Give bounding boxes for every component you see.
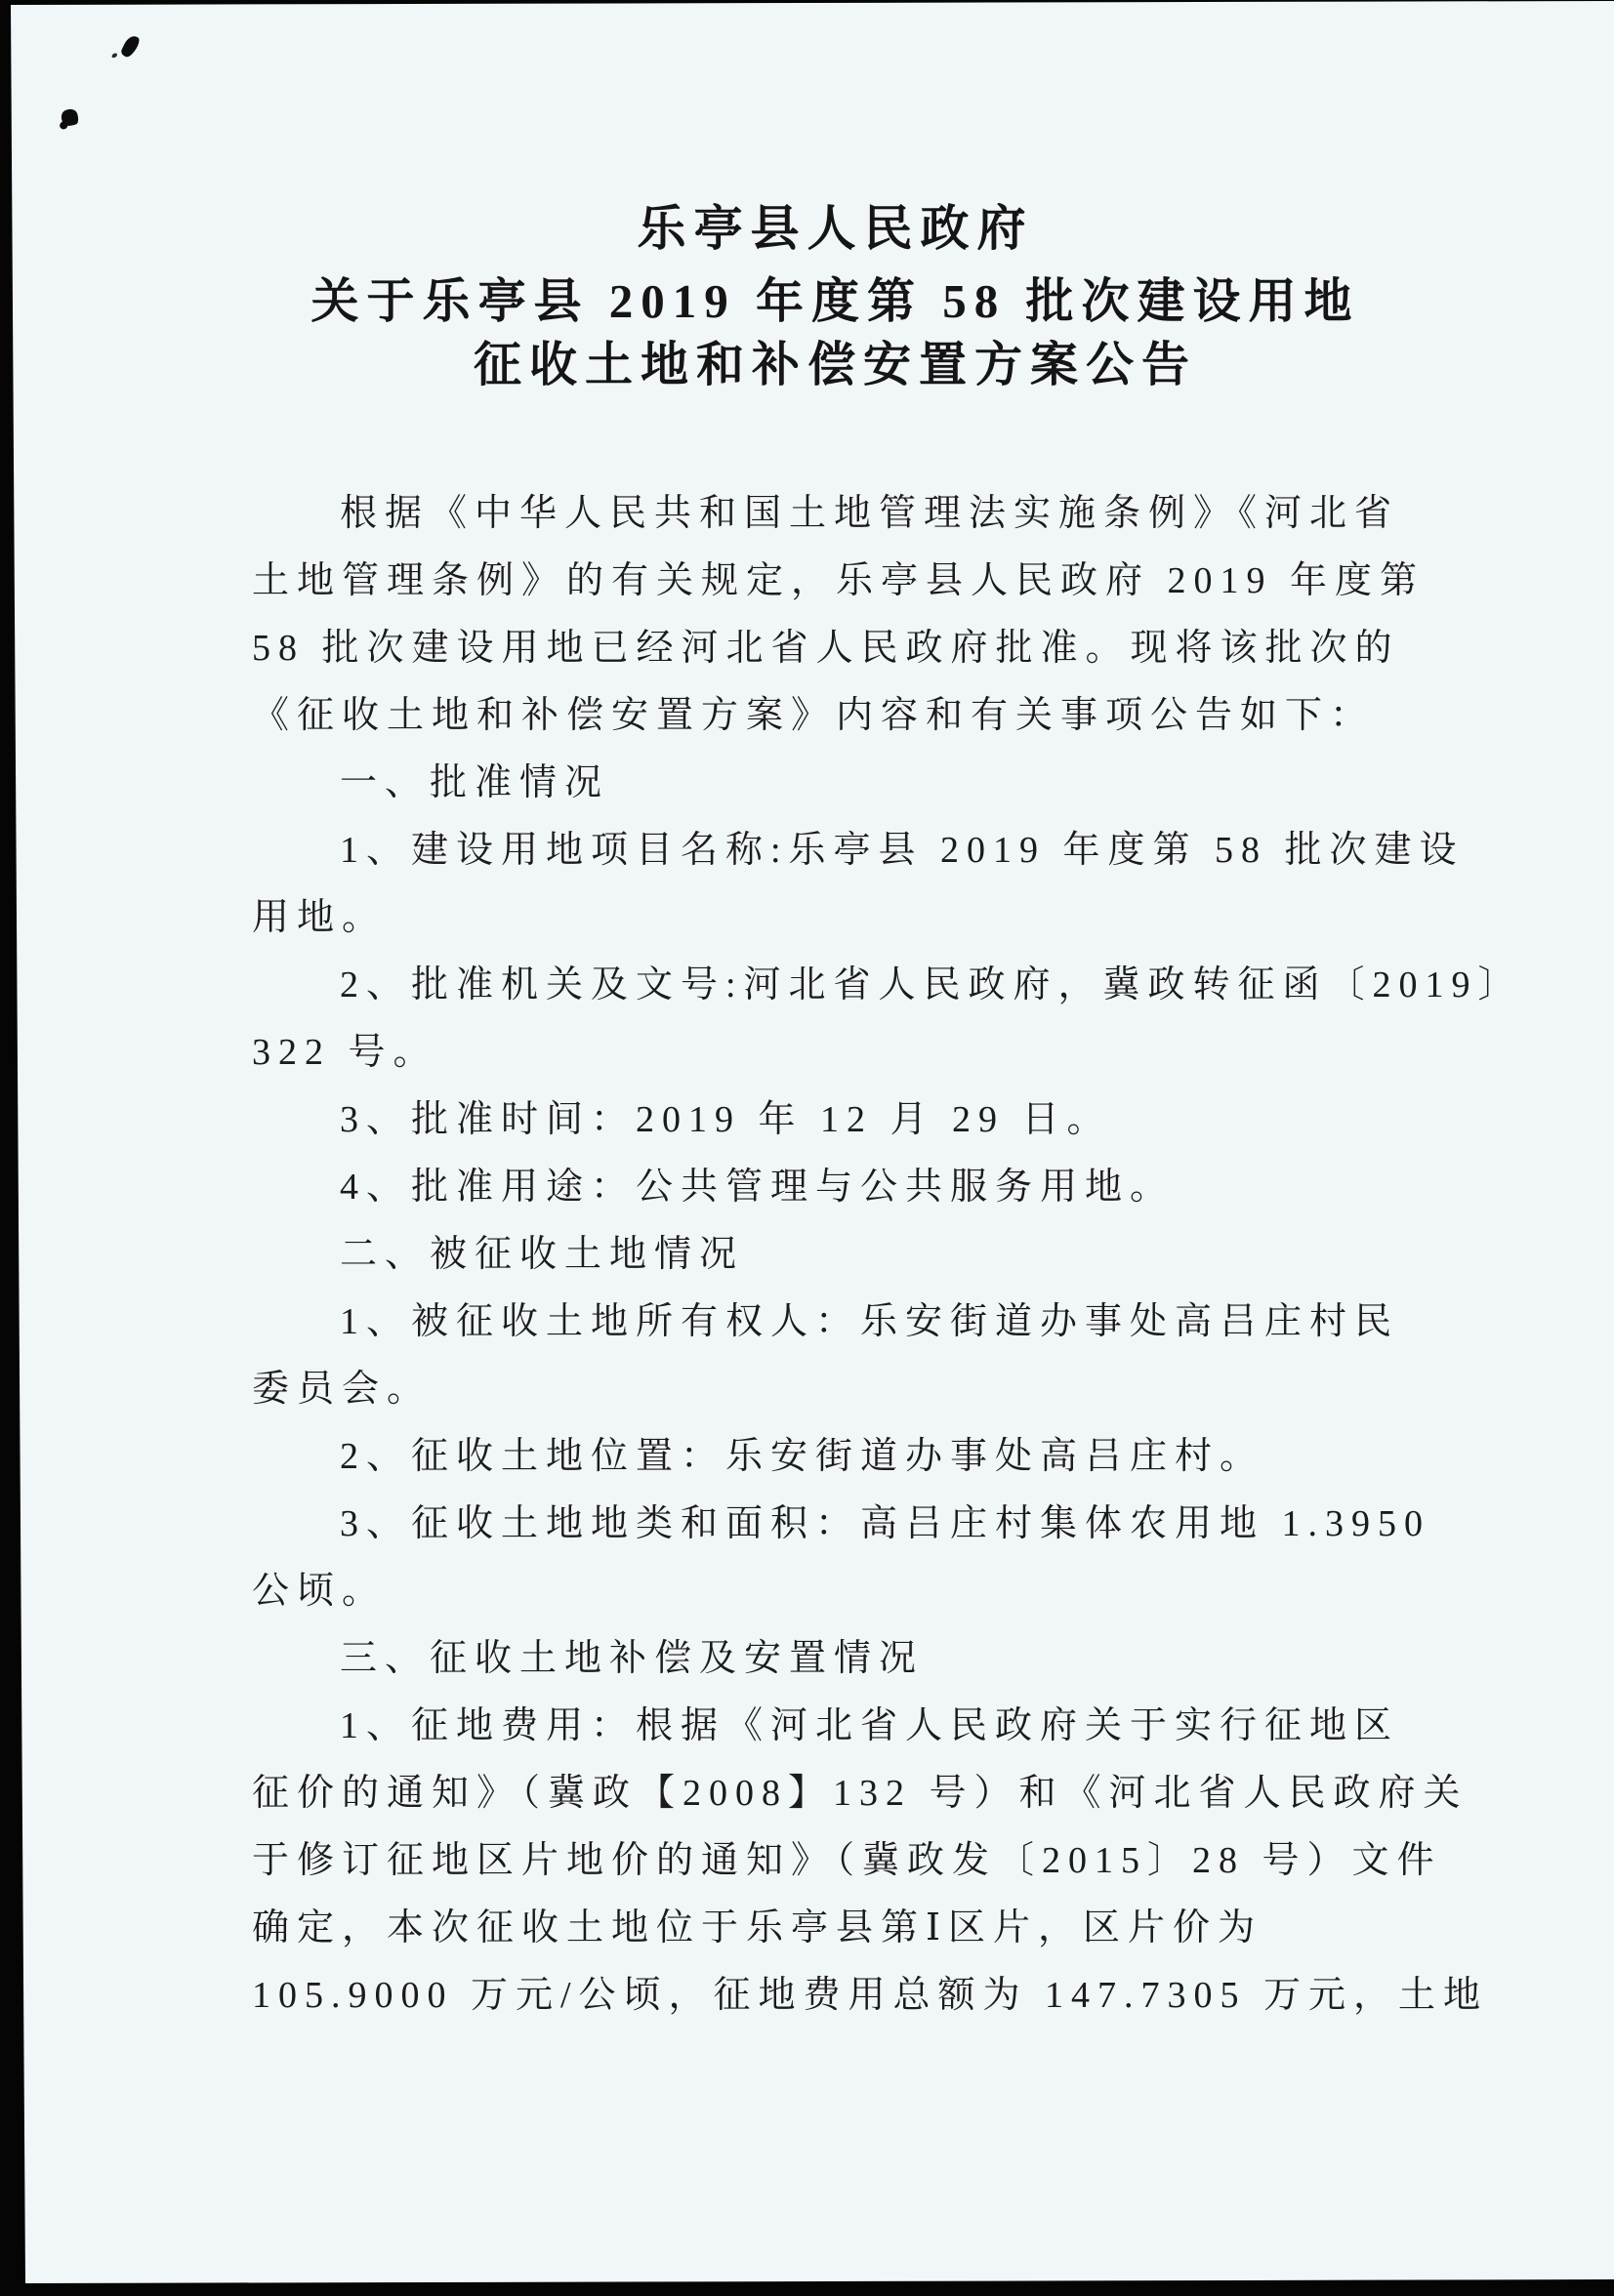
- body-line: 3、征收土地地类和面积：高吕庄村集体农用地 1.3950: [252, 1491, 1419, 1558]
- body-line: 322 号。: [252, 1019, 1419, 1086]
- body-line: 4、批准用途：公共管理与公共服务用地。: [252, 1154, 1419, 1221]
- document-title-line-2: 关于乐亭县 2019 年度第 58 批次建设用地: [257, 277, 1414, 325]
- body-line: 2、批准机关及文号:河北省人民政府，冀政转征函〔2019〕: [252, 952, 1419, 1019]
- body-line: 公顷。: [252, 1558, 1419, 1625]
- body-line: 征价的通知》（冀政【2008】132 号）和《河北省人民政府关: [252, 1760, 1419, 1827]
- body-line: 1、建设用地项目名称:乐亭县 2019 年度第 58 批次建设: [252, 817, 1419, 884]
- body-line: 二、被征收土地情况: [252, 1221, 1419, 1289]
- body-line: 58 批次建设用地已经河北省人民政府批准。现将该批次的: [252, 615, 1419, 682]
- body-line: 1、被征收土地所有权人：乐安街道办事处高吕庄村民: [252, 1289, 1419, 1356]
- body-line: 委员会。: [252, 1356, 1419, 1423]
- body-line: 《征收土地和补偿安置方案》内容和有关事项公告如下：: [252, 682, 1419, 750]
- body-line: 确定，本次征收土地位于乐亭县第Ⅰ区片，区片价为: [252, 1895, 1419, 1962]
- document-title-line-3: 征收土地和补偿安置方案公告: [257, 341, 1414, 389]
- body-line: 根据《中华人民共和国土地管理法实施条例》《河北省: [252, 480, 1419, 548]
- body-line: 3、批准时间：2019 年 12 月 29 日。: [252, 1086, 1419, 1154]
- body-line: 2、征收土地位置：乐安街道办事处高吕庄村。: [252, 1423, 1419, 1491]
- body-line: 一、批准情况: [252, 750, 1419, 817]
- body-line: 105.9000 万元/公顷，征地费用总额为 147.7305 万元，土地: [252, 1962, 1419, 2029]
- body-line: 于修订征地区片地价的通知》（冀政发〔2015〕28 号）文件: [252, 1827, 1419, 1895]
- document-body: 根据《中华人民共和国土地管理法实施条例》《河北省土地管理条例》的有关规定，乐亭县…: [252, 480, 1419, 2029]
- document-title-line-1: 乐亭县人民政府: [257, 204, 1414, 253]
- body-line: 1、征地费用：根据《河北省人民政府关于实行征地区: [252, 1693, 1419, 1760]
- body-line: 用地。: [252, 884, 1419, 952]
- body-line: 三、征收土地补偿及安置情况: [252, 1625, 1419, 1693]
- body-line: 土地管理条例》的有关规定，乐亭县人民政府 2019 年度第: [252, 548, 1419, 615]
